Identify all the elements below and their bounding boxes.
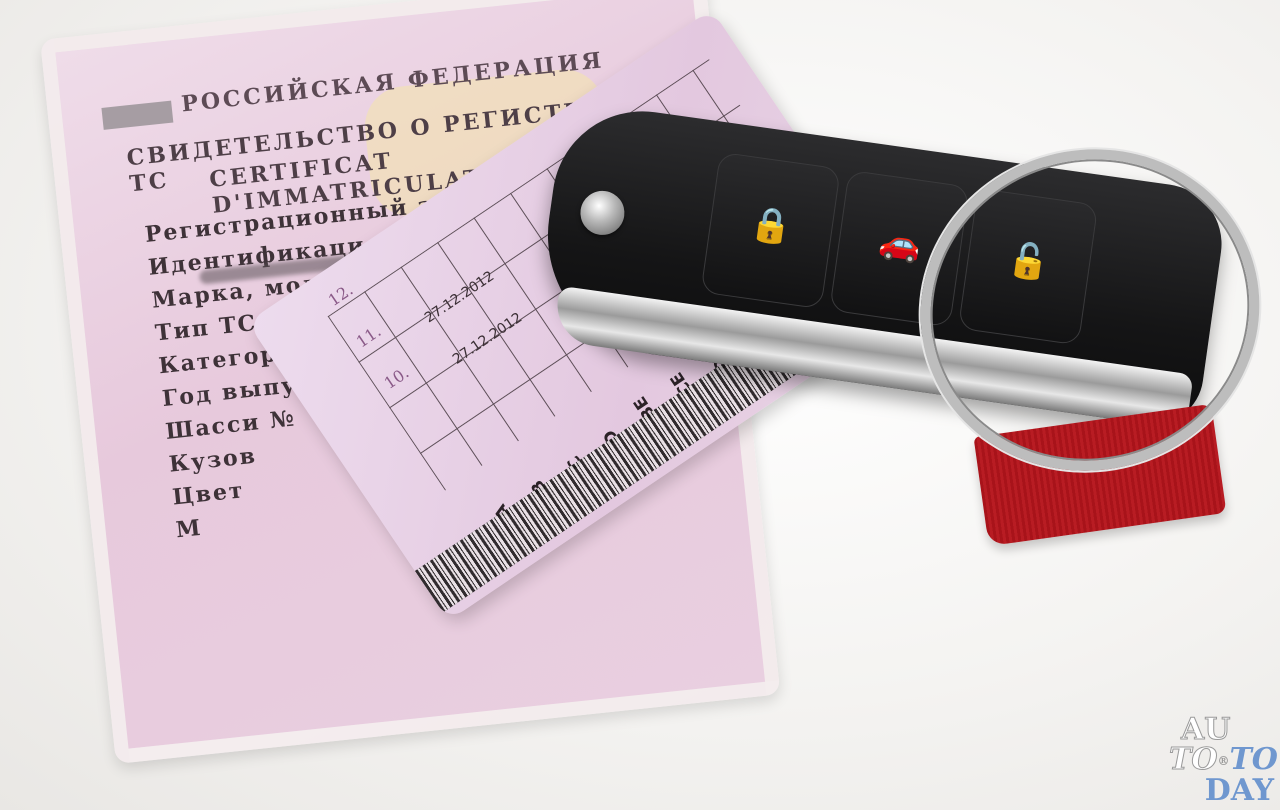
lock-icon: 🔒 [709,197,833,253]
lock-button: 🔒 [700,152,841,310]
autotoday-watermark: AU TO®TO DAY [1169,715,1274,806]
watermark-to1: TO [1169,742,1217,777]
watermark-to2: TO [1229,742,1277,777]
header-band [101,101,173,130]
watermark-line3: DAY [1169,776,1274,806]
registered-mark: ® [1217,754,1229,768]
watermark-line2: TO®TO [1169,745,1274,776]
watermark-line1: AU [1169,715,1274,745]
photo-scene: РОССИЙСКАЯ ФЕДЕРАЦИЯ СВИДЕТЕЛЬСТВО О РЕГ… [0,0,1280,810]
